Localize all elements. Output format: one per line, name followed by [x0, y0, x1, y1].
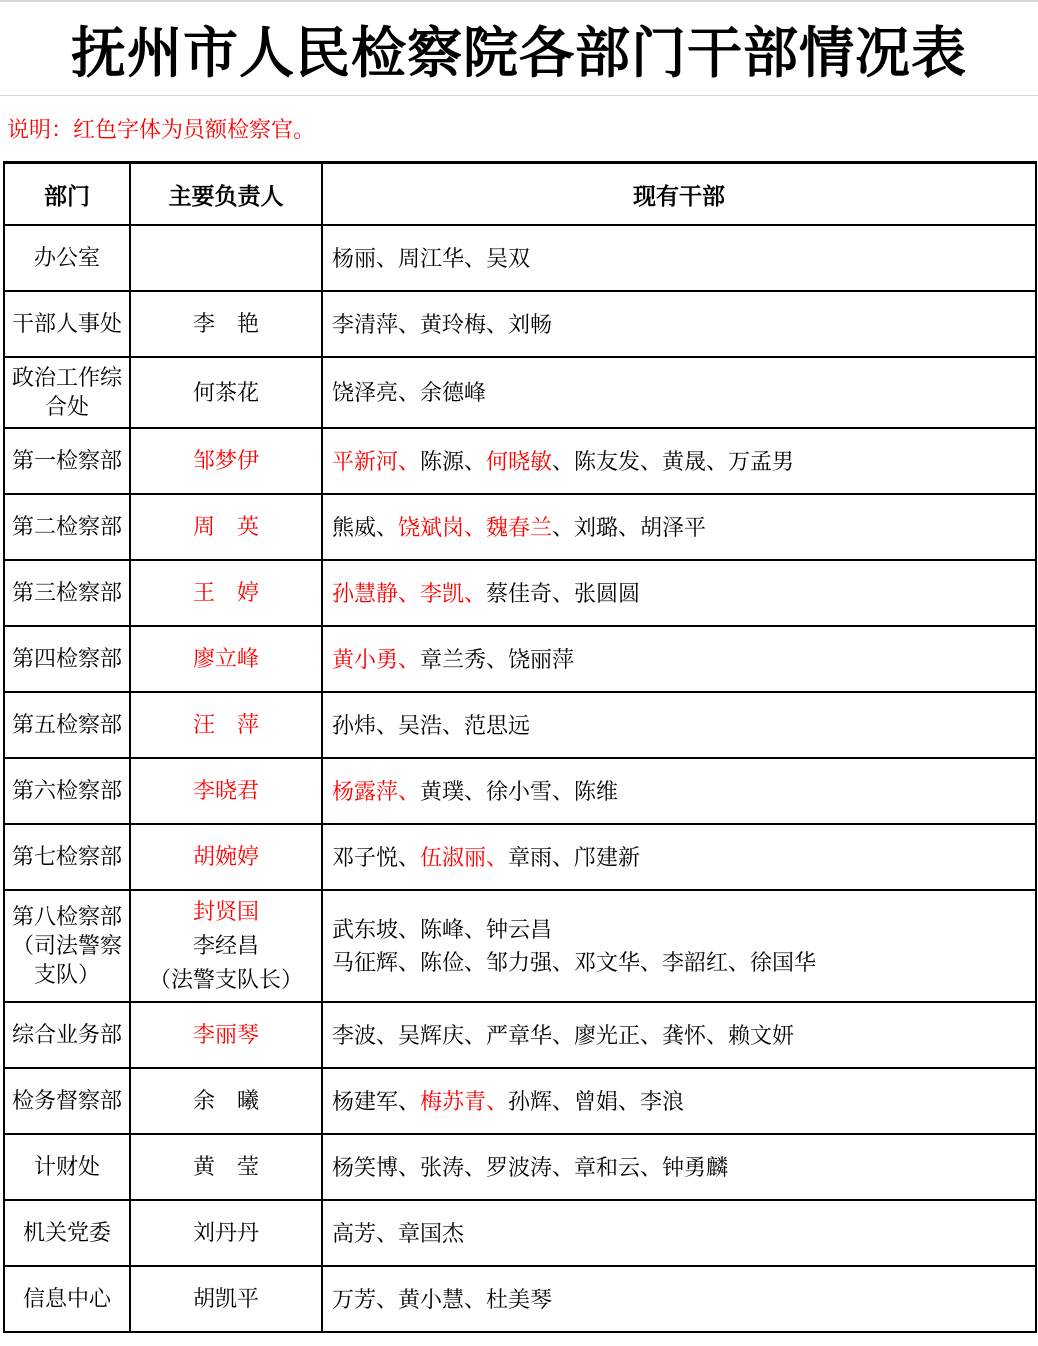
cadre-line: 杨露萍、黄璞、徐小雪、陈维 — [332, 775, 1029, 808]
leader-line: 廖立峰 — [132, 642, 320, 676]
dept-cell: 第五检察部 — [4, 692, 130, 758]
name-segment: 高芳、章国杰 — [332, 1221, 464, 1246]
leader-line: 李经昌 — [132, 929, 320, 963]
leader-cell: 李丽琴 — [130, 1002, 322, 1068]
dept-cell: 检务督察部 — [4, 1068, 130, 1134]
name-segment: 饶泽亮、余德峰 — [332, 380, 486, 405]
name-segment: 孙辉、曾娟、李浪 — [508, 1089, 684, 1114]
leader-cell: 王 婷 — [130, 560, 322, 626]
leader-line: 胡婉婷 — [132, 840, 320, 874]
table-row: 信息中心 胡凯平 万芳、黄小慧、杜美琴 — [4, 1266, 1036, 1332]
cadre-table: 部门 主要负责人 现有干部 办公室 杨丽、周江华、吴双 干部人事处 李 艳 李清… — [3, 161, 1037, 1333]
cadre-line: 杨丽、周江华、吴双 — [332, 242, 1029, 275]
leader-cell: 汪 萍 — [130, 692, 322, 758]
name-segment: 、刘璐、胡泽平 — [552, 515, 706, 540]
cadre-line: 杨笑博、张涛、罗波涛、章和云、钟勇麟 — [332, 1151, 1029, 1184]
dept-cell: 计财处 — [4, 1134, 130, 1200]
table-row: 第五检察部 汪 萍 孙炜、吴浩、范思远 — [4, 692, 1036, 758]
table-row: 干部人事处 李 艳 李清萍、黄玲梅、刘畅 — [4, 291, 1036, 357]
name-segment: 何晓敏 — [486, 449, 552, 474]
cadres-cell: 平新河、陈源、何晓敏、陈友发、黄晟、万孟男 — [322, 428, 1036, 494]
title-block: 抚州市人民检察院各部门干部情况表 — [0, 0, 1038, 96]
leader-line: 何茶花 — [132, 376, 320, 410]
leader-line: 余 曦 — [132, 1084, 320, 1118]
cadres-cell: 杨笑博、张涛、罗波涛、章和云、钟勇麟 — [322, 1134, 1036, 1200]
document-page: 抚州市人民检察院各部门干部情况表 说明：红色字体为员额检察官。 部门 主要负责人… — [0, 0, 1038, 1346]
dept-cell: 第八检察部（司法警察支队） — [4, 890, 130, 1002]
name-segment: 章雨、邝建新 — [508, 845, 640, 870]
name-segment: 饶斌岗、魏春兰 — [398, 515, 552, 540]
cadres-cell: 李波、吴辉庆、严章华、廖光正、龚怀、赖文妍 — [322, 1002, 1036, 1068]
cadres-cell: 饶泽亮、余德峰 — [322, 357, 1036, 428]
cadre-line: 马征辉、陈俭、邹力强、邓文华、李韶红、徐国华 — [332, 946, 1029, 979]
leader-cell — [130, 225, 322, 291]
table-row: 机关党委 刘丹丹 高芳、章国杰 — [4, 1200, 1036, 1266]
cadre-line: 杨建军、梅苏青、孙辉、曾娟、李浪 — [332, 1085, 1029, 1118]
cadre-line: 李波、吴辉庆、严章华、廖光正、龚怀、赖文妍 — [332, 1019, 1029, 1052]
dept-cell: 机关党委 — [4, 1200, 130, 1266]
cadres-cell: 黄小勇、章兰秀、饶丽萍 — [322, 626, 1036, 692]
dept-cell: 综合业务部 — [4, 1002, 130, 1068]
table-row: 办公室 杨丽、周江华、吴双 — [4, 225, 1036, 291]
table-row: 第六检察部 李晓君 杨露萍、黄璞、徐小雪、陈维 — [4, 758, 1036, 824]
leader-cell: 黄 莹 — [130, 1134, 322, 1200]
cadres-cell: 高芳、章国杰 — [322, 1200, 1036, 1266]
table-row: 第四检察部 廖立峰 黄小勇、章兰秀、饶丽萍 — [4, 626, 1036, 692]
col-header-cadres: 现有干部 — [322, 163, 1036, 226]
name-segment: 梅苏青、 — [420, 1089, 508, 1114]
leader-line: 汪 萍 — [132, 708, 320, 742]
cadres-cell: 杨露萍、黄璞、徐小雪、陈维 — [322, 758, 1036, 824]
table-row: 综合业务部 李丽琴 李波、吴辉庆、严章华、廖光正、龚怀、赖文妍 — [4, 1002, 1036, 1068]
name-segment: 李清萍、黄玲梅、刘畅 — [332, 312, 552, 337]
leader-cell: 封贤国李经昌（法警支队长） — [130, 890, 322, 1002]
dept-cell: 第六检察部 — [4, 758, 130, 824]
cadre-line: 黄小勇、章兰秀、饶丽萍 — [332, 643, 1029, 676]
cadre-line: 平新河、陈源、何晓敏、陈友发、黄晟、万孟男 — [332, 445, 1029, 478]
table-row: 第七检察部 胡婉婷 邓子悦、伍淑丽、章雨、邝建新 — [4, 824, 1036, 890]
name-segment: 熊威、 — [332, 515, 398, 540]
name-segment: 黄小勇、 — [332, 647, 420, 672]
table-row: 计财处 黄 莹 杨笑博、张涛、罗波涛、章和云、钟勇麟 — [4, 1134, 1036, 1200]
header-row: 部门 主要负责人 现有干部 — [4, 163, 1036, 226]
leader-cell: 余 曦 — [130, 1068, 322, 1134]
leader-line: 周 英 — [132, 510, 320, 544]
cadre-line: 邓子悦、伍淑丽、章雨、邝建新 — [332, 841, 1029, 874]
cadres-cell: 熊威、饶斌岗、魏春兰、刘璐、胡泽平 — [322, 494, 1036, 560]
name-segment: 武东坡、陈峰、钟云昌 — [332, 917, 552, 942]
cadre-line: 高芳、章国杰 — [332, 1217, 1029, 1250]
name-segment: 伍淑丽、 — [420, 845, 508, 870]
leader-line: 李 艳 — [132, 307, 320, 341]
dept-cell: 信息中心 — [4, 1266, 130, 1332]
cadre-line: 饶泽亮、余德峰 — [332, 376, 1029, 409]
cadre-line: 万芳、黄小慧、杜美琴 — [332, 1283, 1029, 1316]
name-segment: 杨丽、周江华、吴双 — [332, 246, 530, 271]
name-segment: 杨笑博、张涛、罗波涛、章和云、钟勇麟 — [332, 1155, 728, 1180]
cadre-line: 孙慧静、李凯、蔡佳奇、张圆圆 — [332, 577, 1029, 610]
cadre-line: 熊威、饶斌岗、魏春兰、刘璐、胡泽平 — [332, 511, 1029, 544]
dept-cell: 第七检察部 — [4, 824, 130, 890]
dept-cell: 政治工作综合处 — [4, 357, 130, 428]
name-segment: 孙炜、吴浩、范思远 — [332, 713, 530, 738]
leader-cell: 李 艳 — [130, 291, 322, 357]
name-segment: 杨露萍、 — [332, 779, 420, 804]
dept-cell: 第三检察部 — [4, 560, 130, 626]
name-segment: 邓子悦、 — [332, 845, 420, 870]
dept-cell: 办公室 — [4, 225, 130, 291]
leader-cell: 胡婉婷 — [130, 824, 322, 890]
cadres-cell: 杨建军、梅苏青、孙辉、曾娟、李浪 — [322, 1068, 1036, 1134]
note-text: 说明：红色字体为员额检察官。 — [7, 113, 315, 144]
name-segment: 黄璞、徐小雪、陈维 — [420, 779, 618, 804]
leader-line: 李晓君 — [132, 774, 320, 808]
cadre-line: 李清萍、黄玲梅、刘畅 — [332, 308, 1029, 341]
page-title: 抚州市人民检察院各部门干部情况表 — [71, 9, 967, 88]
dept-cell: 第一检察部 — [4, 428, 130, 494]
name-segment: 章兰秀、饶丽萍 — [420, 647, 574, 672]
name-segment: 李波、吴辉庆、严章华、廖光正、龚怀、赖文妍 — [332, 1023, 794, 1048]
leader-line: 王 婷 — [132, 576, 320, 610]
name-segment: 孙慧静、李凯、 — [332, 581, 486, 606]
table-row: 检务督察部 余 曦 杨建军、梅苏青、孙辉、曾娟、李浪 — [4, 1068, 1036, 1134]
dept-cell: 第四检察部 — [4, 626, 130, 692]
cadres-cell: 武东坡、陈峰、钟云昌马征辉、陈俭、邹力强、邓文华、李韶红、徐国华 — [322, 890, 1036, 1002]
leader-line: 黄 莹 — [132, 1150, 320, 1184]
cadre-line: 孙炜、吴浩、范思远 — [332, 709, 1029, 742]
table-row: 第八检察部（司法警察支队） 封贤国李经昌（法警支队长） 武东坡、陈峰、钟云昌马征… — [4, 890, 1036, 1002]
name-segment: 马征辉、陈俭、邹力强、邓文华、李韶红、徐国华 — [332, 950, 816, 975]
table-row: 第一检察部 邹梦伊 平新河、陈源、何晓敏、陈友发、黄晟、万孟男 — [4, 428, 1036, 494]
dept-cell: 第二检察部 — [4, 494, 130, 560]
leader-cell: 邹梦伊 — [130, 428, 322, 494]
cadres-cell: 邓子悦、伍淑丽、章雨、邝建新 — [322, 824, 1036, 890]
leader-line: 李丽琴 — [132, 1018, 320, 1052]
table-row: 第三检察部 王 婷 孙慧静、李凯、蔡佳奇、张圆圆 — [4, 560, 1036, 626]
leader-cell: 胡凯平 — [130, 1266, 322, 1332]
leader-line: 胡凯平 — [132, 1282, 320, 1316]
name-segment: 杨建军、 — [332, 1089, 420, 1114]
cadres-cell: 万芳、黄小慧、杜美琴 — [322, 1266, 1036, 1332]
note-block: 说明：红色字体为员额检察官。 — [0, 96, 1038, 161]
leader-cell: 周 英 — [130, 494, 322, 560]
table-row: 第二检察部 周 英 熊威、饶斌岗、魏春兰、刘璐、胡泽平 — [4, 494, 1036, 560]
leader-line: 封贤国 — [132, 895, 320, 929]
cadre-line: 武东坡、陈峰、钟云昌 — [332, 913, 1029, 946]
leader-line: （法警支队长） — [132, 963, 320, 997]
dept-cell: 干部人事处 — [4, 291, 130, 357]
table-row: 政治工作综合处 何茶花 饶泽亮、余德峰 — [4, 357, 1036, 428]
leader-line: 刘丹丹 — [132, 1216, 320, 1250]
leader-line: 邹梦伊 — [132, 444, 320, 478]
cadres-cell: 孙炜、吴浩、范思远 — [322, 692, 1036, 758]
cadres-cell: 杨丽、周江华、吴双 — [322, 225, 1036, 291]
col-header-dept: 部门 — [4, 163, 130, 226]
leader-cell: 何茶花 — [130, 357, 322, 428]
name-segment: 万芳、黄小慧、杜美琴 — [332, 1287, 552, 1312]
name-segment: 陈源、 — [420, 449, 486, 474]
col-header-leader: 主要负责人 — [130, 163, 322, 226]
cadres-cell: 李清萍、黄玲梅、刘畅 — [322, 291, 1036, 357]
name-segment: 蔡佳奇、张圆圆 — [486, 581, 640, 606]
cadres-cell: 孙慧静、李凯、蔡佳奇、张圆圆 — [322, 560, 1036, 626]
leader-cell: 李晓君 — [130, 758, 322, 824]
name-segment: 平新河、 — [332, 449, 420, 474]
leader-cell: 廖立峰 — [130, 626, 322, 692]
leader-cell: 刘丹丹 — [130, 1200, 322, 1266]
name-segment: 、陈友发、黄晟、万孟男 — [552, 449, 794, 474]
